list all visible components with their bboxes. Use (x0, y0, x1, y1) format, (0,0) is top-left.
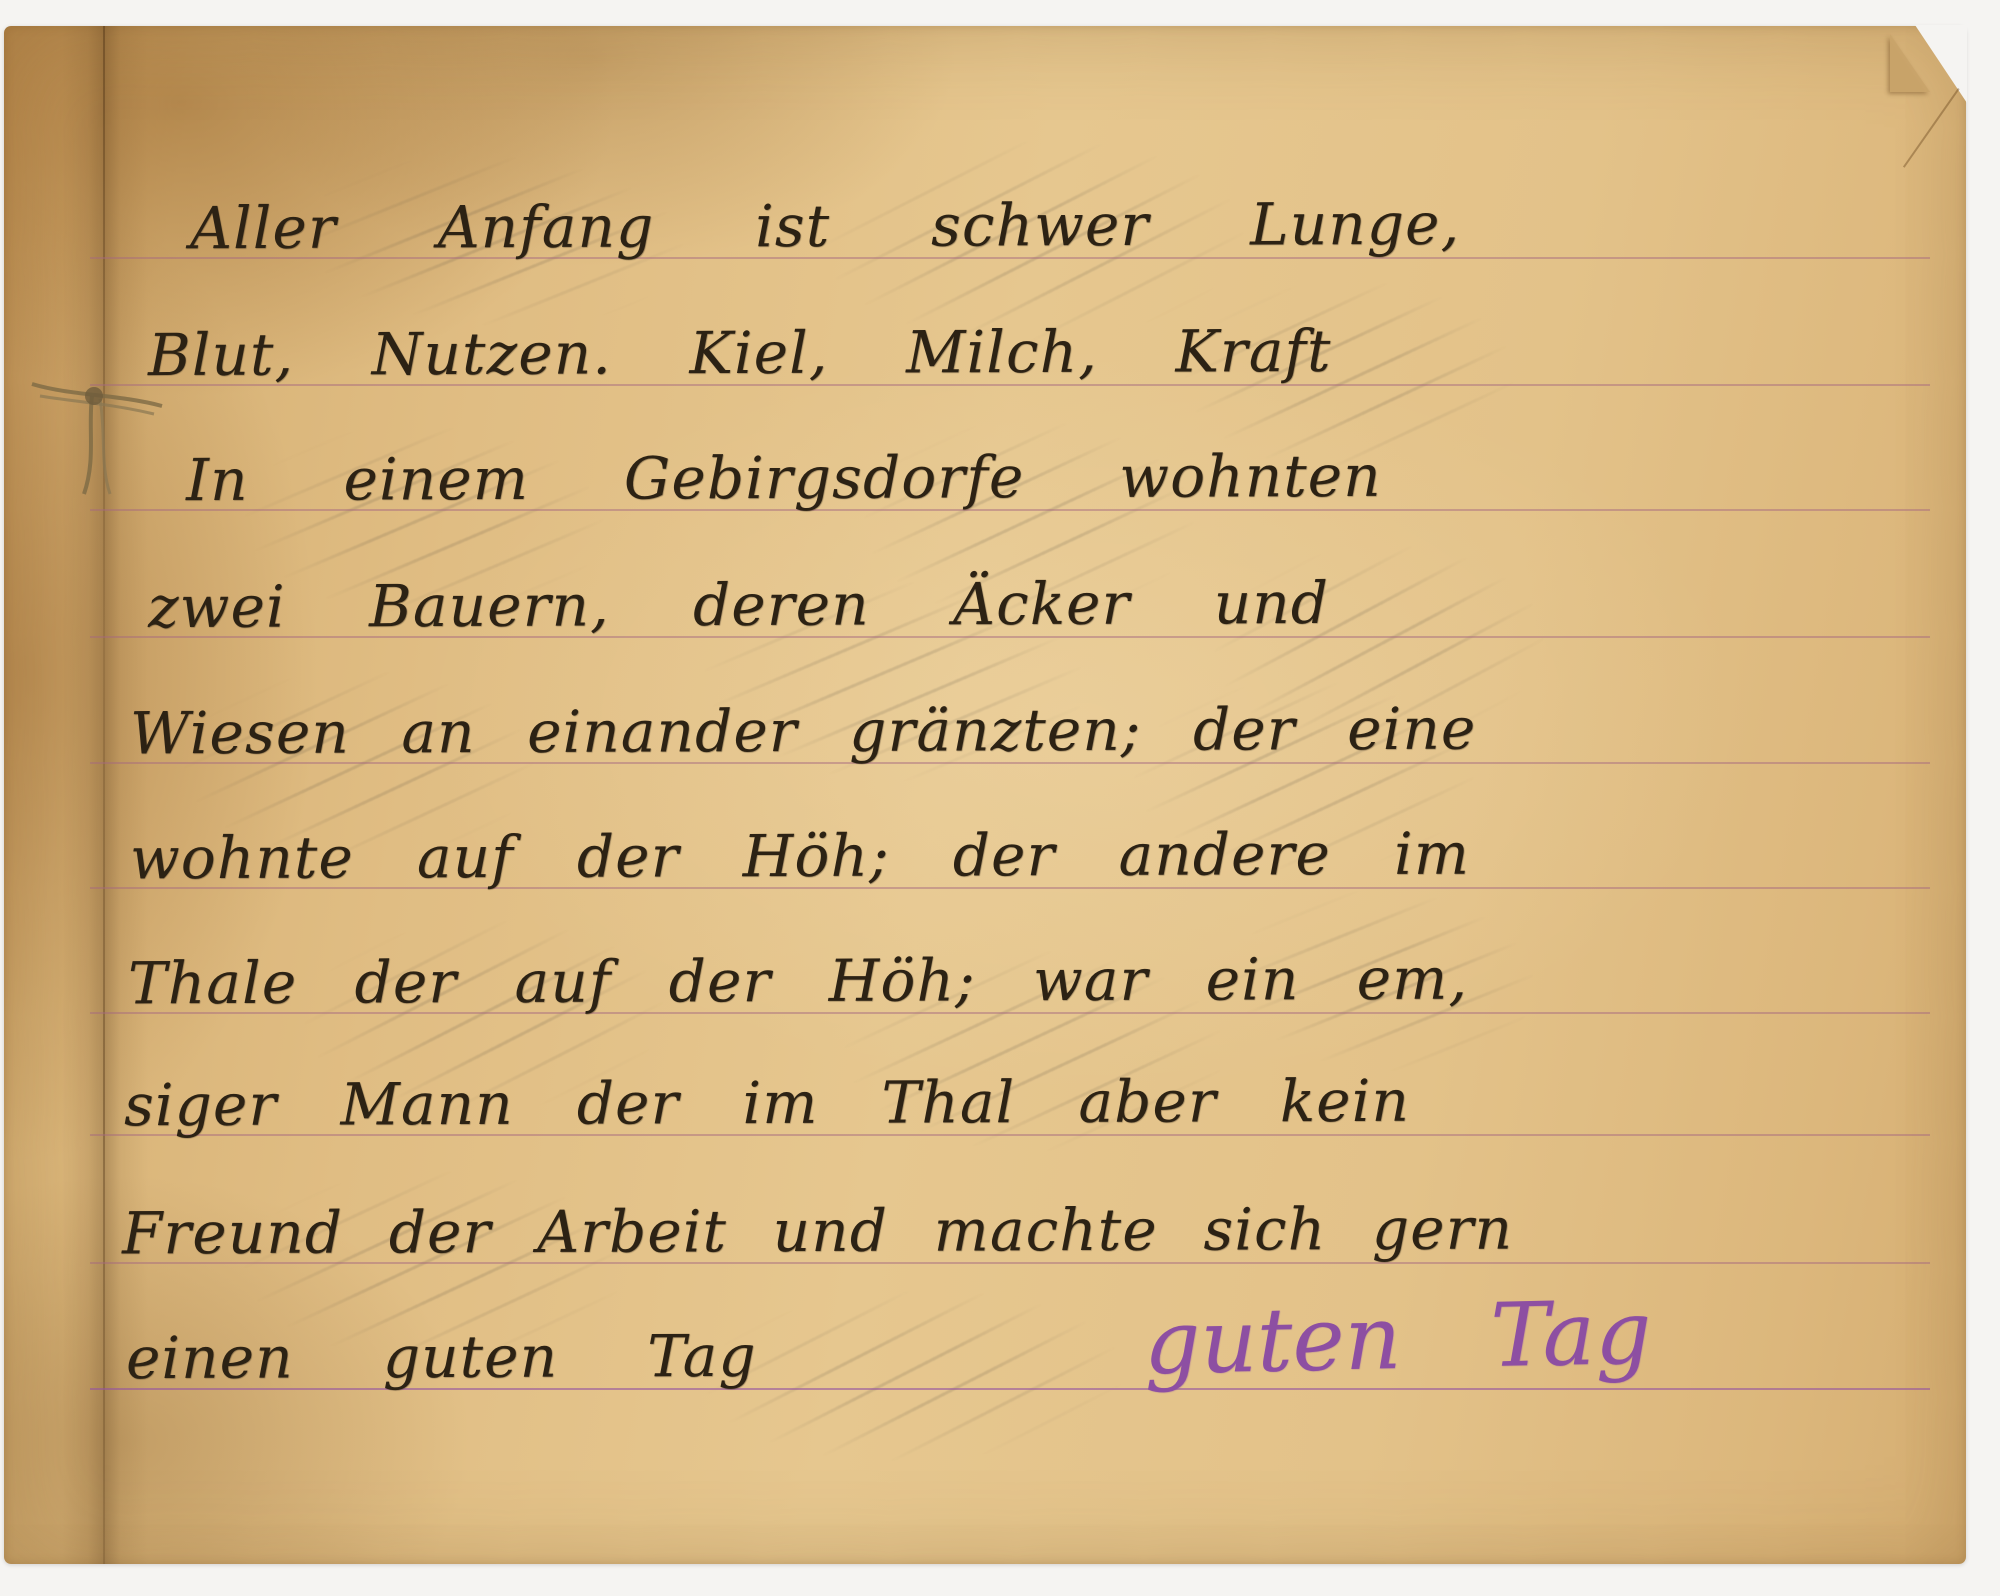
pencil-hatch (701, 1284, 1127, 1469)
handwriting-line: zwei Bauern, deren Äcker und (148, 572, 1329, 638)
handwriting-line: Aller Anfang ist schwer Lunge, (190, 193, 1460, 259)
handwriting-line: In einem Gebirgsdorfe wohnten (186, 445, 1382, 511)
manuscript-page: Aller Anfang ist schwer Lunge, Blut, Nut… (4, 26, 1966, 1564)
handwriting-line: Freund der Arbeit und machte sich gern (122, 1198, 1513, 1265)
handwriting-line: wohnte auf der Höh; der andere im (130, 823, 1470, 890)
scanned-document-view: { "page": { "background_color": "#f5f4f2… (0, 0, 2000, 1596)
handwriting-line: siger Mann der im Thal aber kein (124, 1070, 1410, 1136)
handwriting-line: Blut, Nutzen. Kiel, Milch, Kraft (148, 320, 1332, 386)
folded-corner (1915, 25, 1967, 103)
handwriting-line: Wiesen an einander gränzten; der eine (130, 698, 1477, 765)
handwriting-line: einen guten Tag (126, 1325, 757, 1389)
teacher-correction: guten Tag (1143, 1283, 1652, 1394)
handwriting-line: Thale der auf der Höh; war ein em, (128, 948, 1468, 1015)
